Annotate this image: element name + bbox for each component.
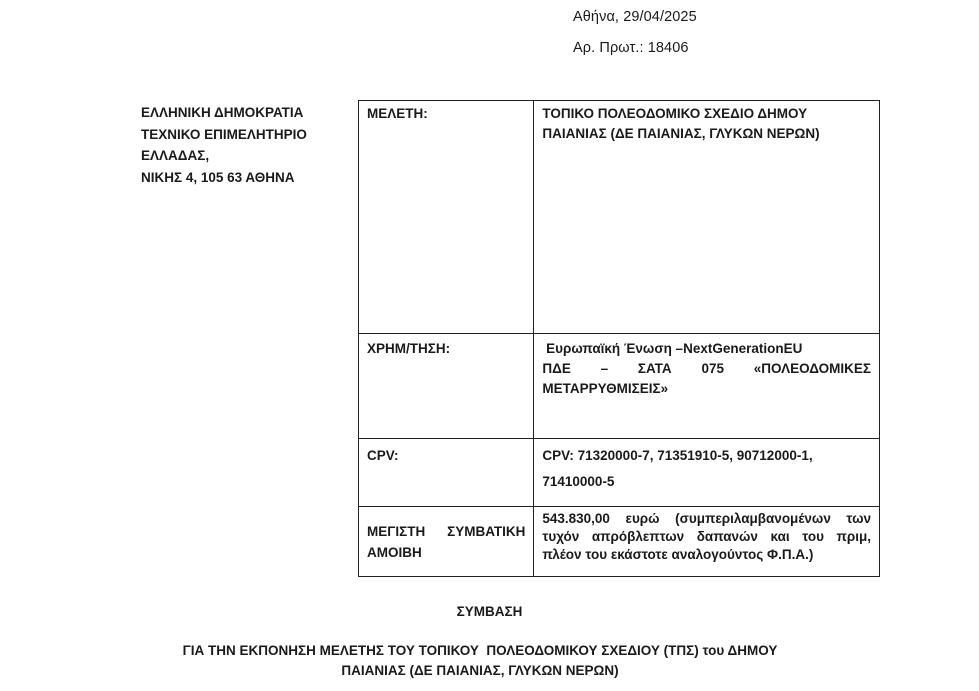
sender-line: ΕΛΛΗΝΙΚΗ ΔΗΜΟΚΡΑΤΙΑ <box>141 102 307 124</box>
table-row: ΜΕΓΙΣΤΗ ΣΥΜΒΑΤΙΚΗ ΑΜΟΙΒΗ 543.830,00 ευρώ… <box>359 507 880 577</box>
sender-line: ΝΙΚΗΣ 4, 105 63 ΑΘΗΝΑ <box>141 167 307 189</box>
value-line: Ευρωπαϊκή Ένωση –NextGenerationEU <box>542 339 871 359</box>
value-line: 71410000-5 <box>542 469 871 495</box>
subtitle-line: ΠΑΙΑΝΙΑΣ (ΔΕ ΠΑΙΑΝΙΑΣ, ΓΛΥΚΩΝ ΝΕΡΩΝ) <box>140 661 820 681</box>
document-date: Αθήνα, 29/04/2025 <box>573 9 697 25</box>
value-line: 543.830,00 ευρώ (συμπεριλαμβανομένων των <box>542 510 871 528</box>
row-label-cpv: CPV: <box>359 439 534 507</box>
value-line: ΠΑΙΑΝΙΑΣ (ΔΕ ΠΑΙΑΝΙΑΣ, ΓΛΥΚΩΝ ΝΕΡΩΝ) <box>542 124 871 144</box>
table-row: CPV: CPV: 71320000-7, 71351910-5, 907120… <box>359 439 880 507</box>
table-row: ΧΡΗΜ/ΤΗΣΗ: Ευρωπαϊκή Ένωση –NextGenerati… <box>359 334 880 439</box>
sender-line: ΕΛΛΑΔΑΣ, <box>141 145 307 167</box>
contract-title: ΣΥΜΒΑΣΗ <box>0 604 979 619</box>
row-label-max-fee: ΜΕΓΙΣΤΗ ΣΥΜΒΑΤΙΚΗ ΑΜΟΙΒΗ <box>359 507 534 577</box>
subtitle-line: ΓΙΑ ΤΗΝ ΕΚΠΟΝΗΣΗ ΜΕΛΕΤΗΣ ΤΟΥ ΤΟΠΙΚΟΥ ΠΟΛ… <box>140 641 820 661</box>
row-label-funding: ΧΡΗΜ/ΤΗΣΗ: <box>359 334 534 439</box>
row-label-study: ΜΕΛΕΤΗ: <box>359 101 534 334</box>
contract-subtitle: ΓΙΑ ΤΗΝ ΕΚΠΟΝΗΣΗ ΜΕΛΕΤΗΣ ΤΟΥ ΤΟΠΙΚΟΥ ΠΟΛ… <box>140 641 820 681</box>
row-value-study: ΤΟΠΙΚΟ ΠΟΛΕΟΔΟΜΙΚΟ ΣΧΕΔΙΟ ΔΗΜΟΥ ΠΑΙΑΝΙΑΣ… <box>534 101 880 334</box>
value-line: CPV: 71320000-7, 71351910-5, 90712000-1, <box>542 443 871 469</box>
sender-block: ΕΛΛΗΝΙΚΗ ΔΗΜΟΚΡΑΤΙΑ ΤΕΧΝΙΚΟ ΕΠΙΜΕΛΗΤΗΡΙΟ… <box>141 102 307 188</box>
value-line: ΜΕΤΑΡΡΥΘΜΙΣΕΙΣ» <box>542 379 871 399</box>
row-value-max-fee: 543.830,00 ευρώ (συμπεριλαμβανομένων των… <box>534 507 880 577</box>
table-row: ΜΕΛΕΤΗ: ΤΟΠΙΚΟ ΠΟΛΕΟΔΟΜΙΚΟ ΣΧΕΔΙΟ ΔΗΜΟΥ … <box>359 101 880 334</box>
value-line: ΤΟΠΙΚΟ ΠΟΛΕΟΔΟΜΙΚΟ ΣΧΕΔΙΟ ΔΗΜΟΥ <box>542 104 871 124</box>
project-info-table: ΜΕΛΕΤΗ: ΤΟΠΙΚΟ ΠΟΛΕΟΔΟΜΙΚΟ ΣΧΕΔΙΟ ΔΗΜΟΥ … <box>358 100 880 577</box>
value-line: τυχόν απρόβλεπτων δαπανών και του πριμ, <box>542 528 871 546</box>
value-line: ΠΔΕ – ΣΑΤΑ 075 «ΠΟΛΕΟΔΟΜΙΚΕΣ <box>542 359 871 379</box>
label-line: ΜΕΓΙΣΤΗ ΣΥΜΒΑΤΙΚΗ <box>367 521 525 542</box>
row-value-funding: Ευρωπαϊκή Ένωση –NextGenerationEU ΠΔΕ – … <box>534 334 880 439</box>
label-line: ΑΜΟΙΒΗ <box>367 542 525 563</box>
protocol-number: Αρ. Πρωτ.: 18406 <box>573 40 689 56</box>
row-value-cpv: CPV: 71320000-7, 71351910-5, 90712000-1,… <box>534 439 880 507</box>
sender-line: ΤΕΧΝΙΚΟ ΕΠΙΜΕΛΗΤΗΡΙΟ <box>141 124 307 146</box>
value-line: πλέον του εκάστοτε αναλογούντος Φ.Π.Α.) <box>542 546 871 564</box>
